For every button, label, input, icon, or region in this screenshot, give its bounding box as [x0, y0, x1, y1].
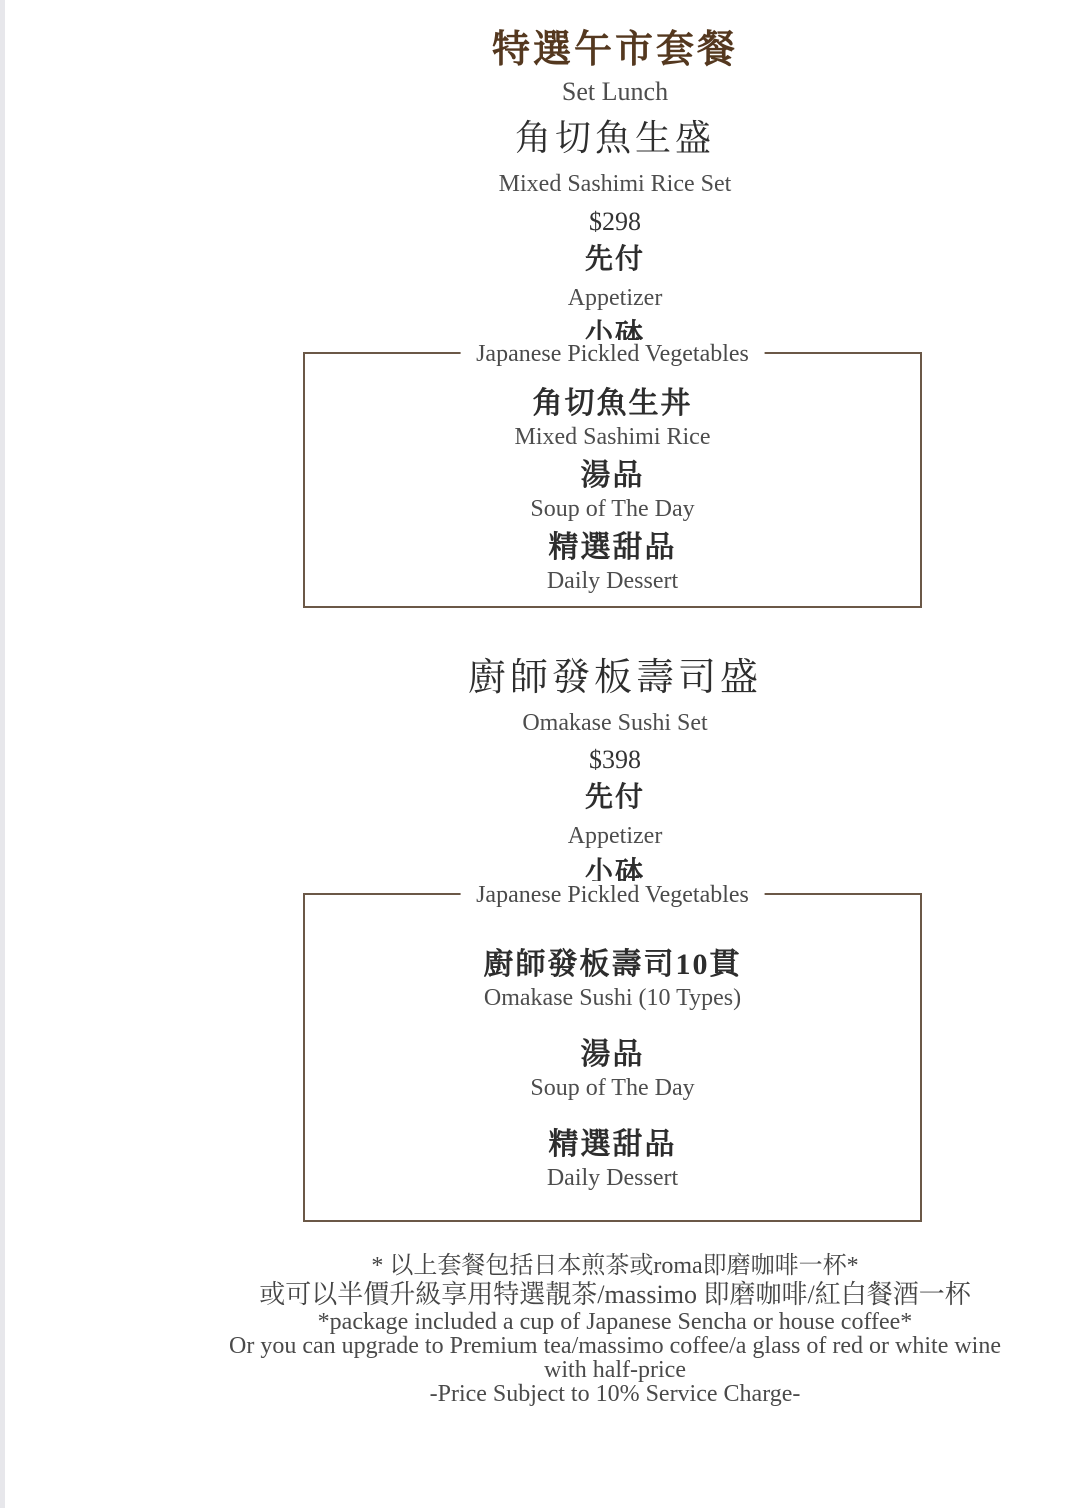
- set1-course-dessert: 精選甜品 Daily Dessert: [305, 530, 920, 596]
- footer-notes: * 以上套餐包括日本煎茶或roma即磨咖啡一杯* 或可以半價升級享用特選靚茶/m…: [165, 1252, 1065, 1406]
- set1-course-soup-en: Soup of The Day: [305, 494, 920, 524]
- set1-course-dessert-en: Daily Dessert: [305, 566, 920, 596]
- set2-course-dessert-zh: 精選甜品: [305, 1127, 920, 1163]
- set2-header: 廚師發板壽司盛 Omakase Sushi Set $398 先付 Appeti…: [165, 652, 1065, 892]
- set1-course-soup: 湯品 Soup of The Day: [305, 458, 920, 524]
- menu-page: 特選午市套餐 Set Lunch 角切魚生盛 Mixed Sashimi Ric…: [0, 0, 1080, 1508]
- set2-course-main-en: Omakase Sushi (10 Types): [305, 983, 920, 1013]
- footer-note-zh-2: 或可以半價升級享用特選靚茶/massimo 即磨咖啡/紅白餐酒一杯: [165, 1280, 1065, 1310]
- set2-course-dessert: 精選甜品 Daily Dessert: [305, 1127, 920, 1193]
- set1-course-main-zh: 角切魚生丼: [305, 386, 920, 422]
- footer-service-charge: -Price Subject to 10% Service Charge-: [165, 1382, 1065, 1406]
- set1-course-main-en: Mixed Sashimi Rice: [305, 422, 920, 452]
- set1-header: 特選午市套餐 Set Lunch 角切魚生盛 Mixed Sashimi Ric…: [165, 28, 1065, 354]
- menu-title-en: Set Lunch: [165, 72, 1065, 112]
- set1-name-en: Mixed Sashimi Rice Set: [165, 164, 1065, 204]
- set2-appetizer-zh: 先付: [165, 778, 1065, 818]
- set2-appetizer-en: Appetizer: [165, 818, 1065, 854]
- menu-title-zh: 特選午市套餐: [165, 28, 1065, 72]
- set1-course-dessert-zh: 精選甜品: [305, 530, 920, 566]
- set2-course-box: Japanese Pickled Vegetables 廚師發板壽司10貫 Om…: [303, 893, 922, 1222]
- set2-course-main: 廚師發板壽司10貫 Omakase Sushi (10 Types): [305, 947, 920, 1013]
- set2-name-zh: 廚師發板壽司盛: [165, 652, 1065, 704]
- set2-course-soup-zh: 湯品: [305, 1037, 920, 1073]
- set2-course-dessert-en: Daily Dessert: [305, 1163, 920, 1193]
- footer-note-en-3: with half-price: [165, 1358, 1065, 1382]
- set1-course-soup-zh: 湯品: [305, 458, 920, 494]
- set2-course-soup-en: Soup of The Day: [305, 1073, 920, 1103]
- set1-side-en-legend: Japanese Pickled Vegetables: [460, 340, 765, 368]
- set1-name-zh: 角切魚生盛: [165, 112, 1065, 164]
- set1-appetizer-zh: 先付: [165, 240, 1065, 280]
- set2-course-soup: 湯品 Soup of The Day: [305, 1037, 920, 1103]
- set2-side-en-legend: Japanese Pickled Vegetables: [460, 881, 765, 909]
- set1-course-box: Japanese Pickled Vegetables 角切魚生丼 Mixed …: [303, 352, 922, 608]
- footer-note-en-1: *package included a cup of Japanese Senc…: [165, 1310, 1065, 1334]
- set2-price: $398: [165, 742, 1065, 778]
- set1-course-main: 角切魚生丼 Mixed Sashimi Rice: [305, 386, 920, 452]
- set1-appetizer-en: Appetizer: [165, 280, 1065, 316]
- set2-name-en: Omakase Sushi Set: [165, 704, 1065, 742]
- footer-note-en-2: Or you can upgrade to Premium tea/massim…: [165, 1334, 1065, 1358]
- left-edge-shadow: [0, 0, 5, 1508]
- footer-note-zh-1: * 以上套餐包括日本煎茶或roma即磨咖啡一杯*: [165, 1252, 1065, 1280]
- set1-price: $298: [165, 204, 1065, 240]
- set2-course-main-zh: 廚師發板壽司10貫: [305, 947, 920, 983]
